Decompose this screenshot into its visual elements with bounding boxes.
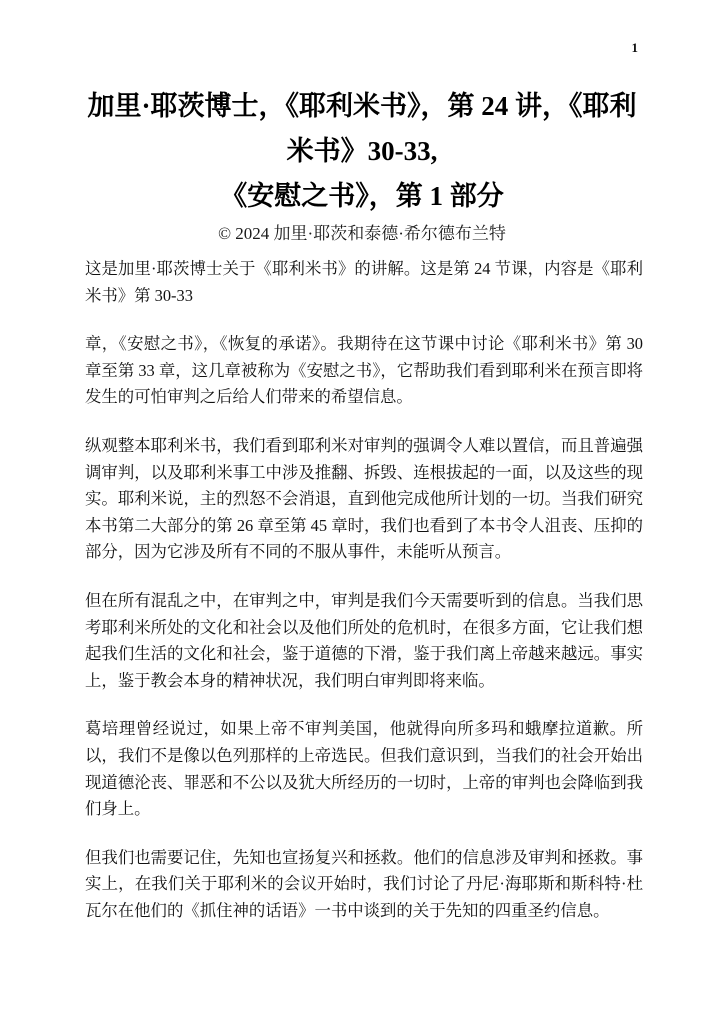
document-body: 这是加里·耶茨博士关于《耶利米书》的讲解。这是第 24 节课，内容是《耶利米书》… (85, 256, 643, 946)
paragraph-1: 这是加里·耶茨博士关于《耶利米书》的讲解。这是第 24 节课，内容是《耶利米书》… (85, 256, 643, 309)
page-number: 1 (632, 40, 639, 56)
paragraph-3: 纵观整本耶利米书，我们看到耶利米对审判的强调令人难以置信，而且普遍强调审判，以及… (85, 433, 643, 566)
paragraph-6: 但我们也需要记住，先知也宣扬复兴和拯救。他们的信息涉及审判和拯救。事实上，在我们… (85, 845, 643, 925)
title-line-1: 加里·耶茨博士，《耶利米书》，第 24 讲，《耶利 (40, 84, 684, 129)
document-page: 1 加里·耶茨博士，《耶利米书》，第 24 讲，《耶利 米书》30-33, 《安… (0, 0, 724, 1024)
paragraph-4: 但在所有混乱之中，在审判之中，审判是我们今天需要听到的信息。当我们思考耶利米所处… (85, 588, 643, 694)
paragraph-5: 葛培理曾经说过，如果上帝不审判美国，他就得向所多玛和蛾摩拉道歉。所以，我们不是像… (85, 716, 643, 822)
title-line-2: 米书》30-33, (40, 129, 684, 174)
paragraph-2: 章，《安慰之书》，《恢复的承诺》。我期待在这节课中讨论《耶利米书》第 30 章至… (85, 331, 643, 411)
document-title: 加里·耶茨博士，《耶利米书》，第 24 讲，《耶利 米书》30-33, 《安慰之… (40, 84, 684, 219)
copyright-line: © 2024 加里·耶茨和泰德·希尔德布兰特 (40, 219, 684, 244)
title-line-3: 《安慰之书》，第 1 部分 (40, 174, 684, 219)
